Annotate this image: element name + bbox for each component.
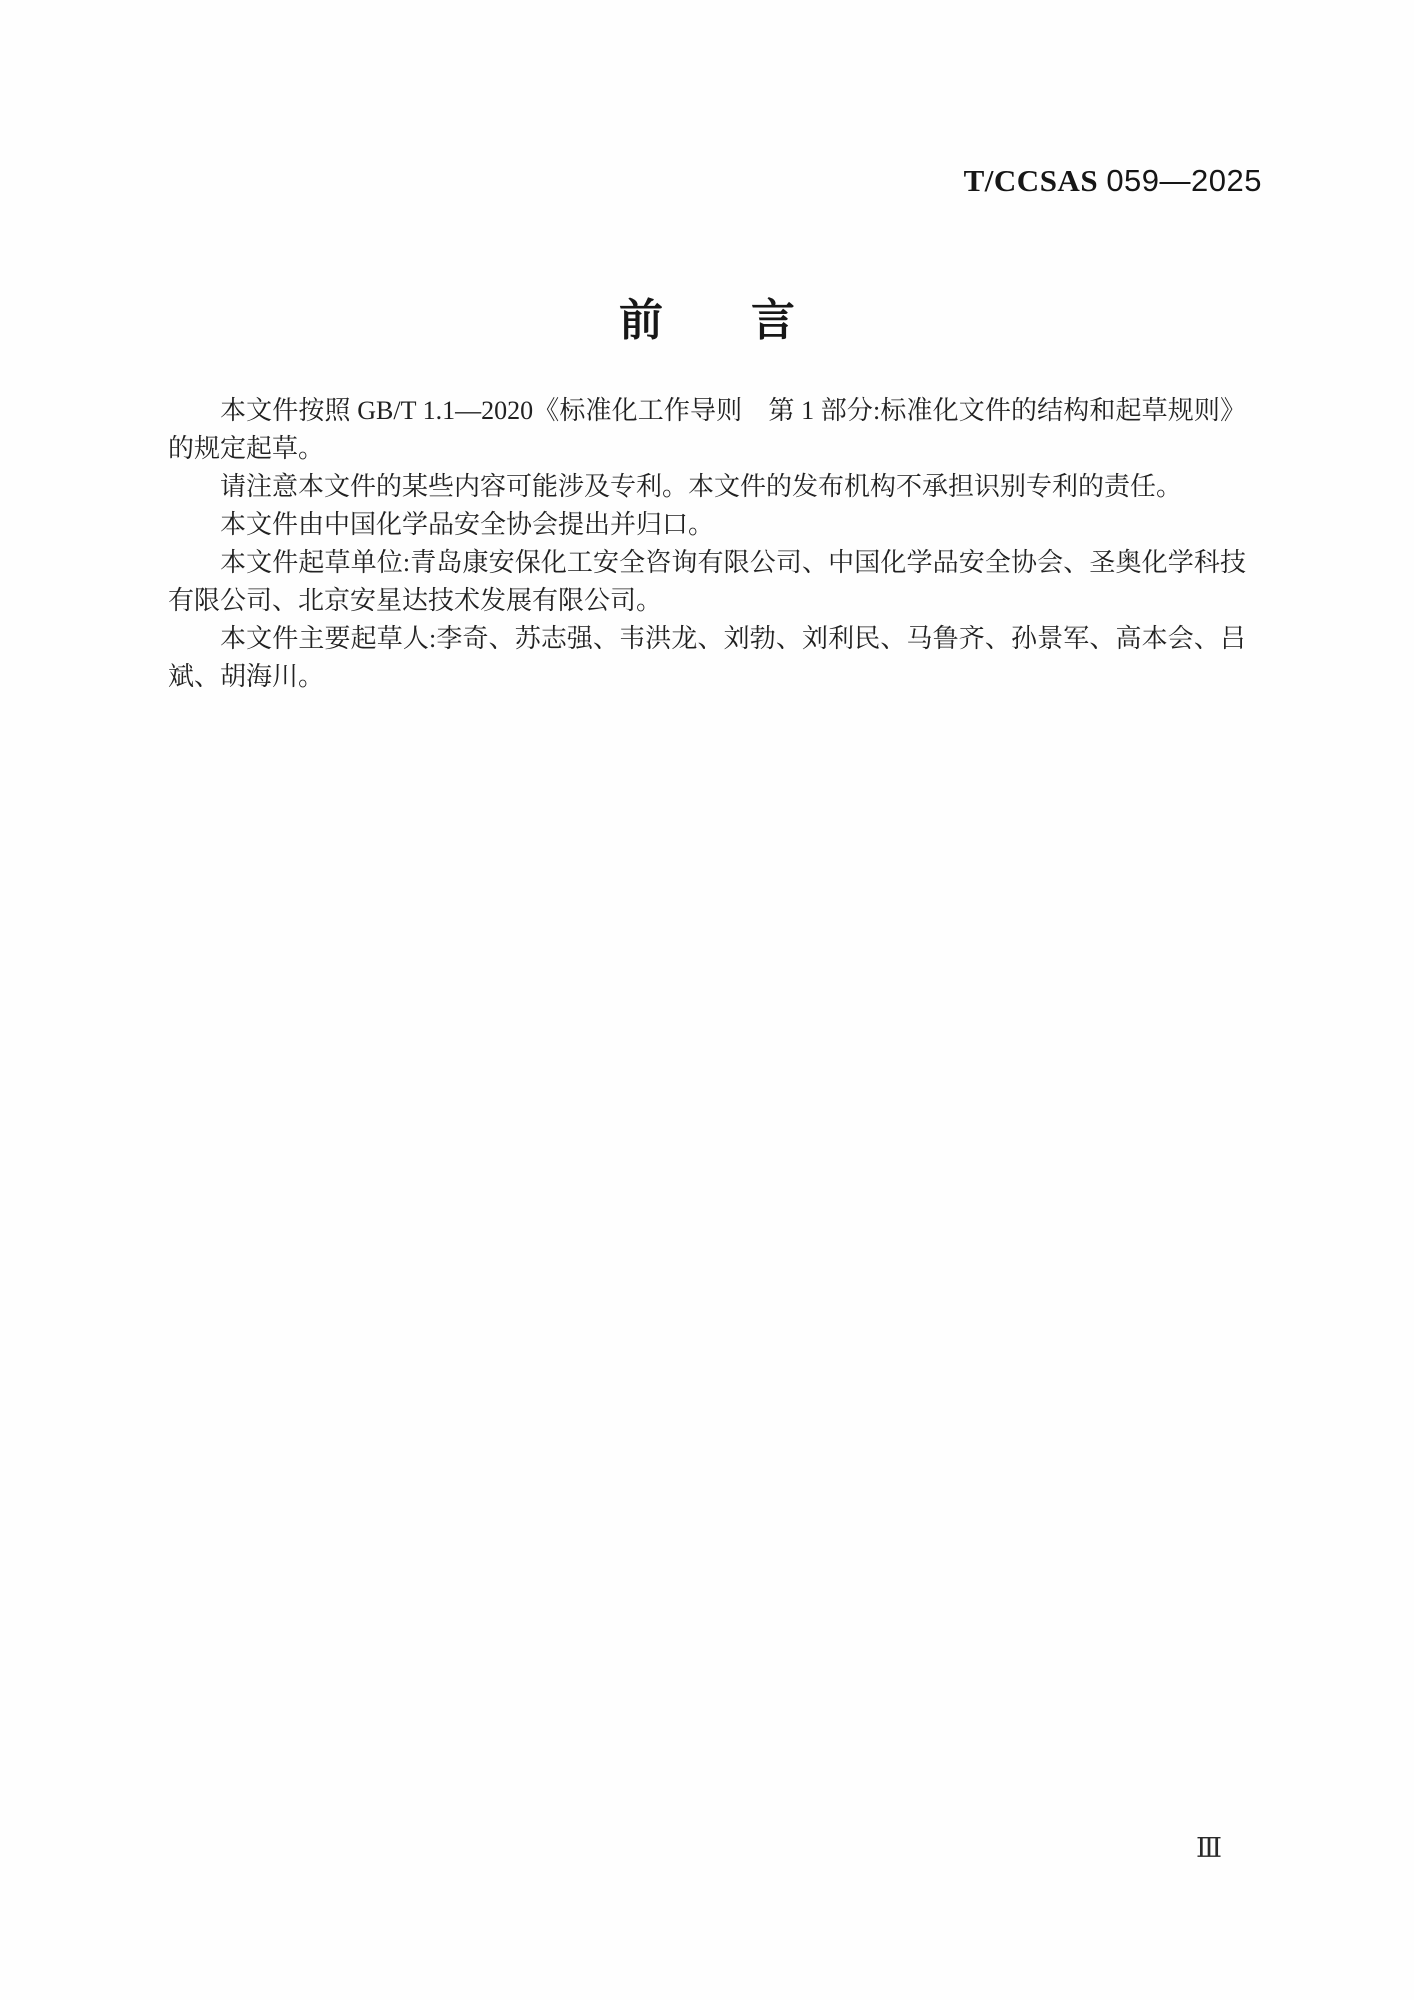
standard-code-prefix: T/CCSAS — [964, 163, 1098, 198]
foreword-paragraph-basis: 本文件按照 GB/T 1.1—2020《标准化工作导则 第 1 部分:标准化文件… — [168, 392, 1246, 468]
standard-code-number: 059—2025 — [1106, 163, 1262, 198]
foreword-paragraph-patent-notice: 请注意本文件的某些内容可能涉及专利。本文件的发布机构不承担识别专利的责任。 — [168, 468, 1246, 506]
foreword-paragraph-drafters: 本文件主要起草人:李奇、苏志强、韦洪龙、刘勃、刘利民、马鲁齐、孙景军、高本会、吕… — [168, 620, 1246, 696]
page-title-foreword: 前 言 — [0, 284, 1414, 348]
foreword-paragraph-drafting-organizations: 本文件起草单位:青岛康安保化工安全咨询有限公司、中国化学品安全协会、圣奥化学科技… — [168, 544, 1246, 620]
foreword-paragraph-proposing-body: 本文件由中国化学品安全协会提出并归口。 — [168, 506, 1246, 544]
standard-code-header: T/CCSAS 059—2025 — [964, 163, 1262, 199]
standard-document-page: T/CCSAS 059—2025 前 言 本文件按照 GB/T 1.1—2020… — [0, 0, 1414, 2000]
foreword-text-block: 本文件按照 GB/T 1.1—2020《标准化工作导则 第 1 部分:标准化文件… — [168, 392, 1246, 696]
page-number: Ⅲ — [1196, 1833, 1222, 1864]
